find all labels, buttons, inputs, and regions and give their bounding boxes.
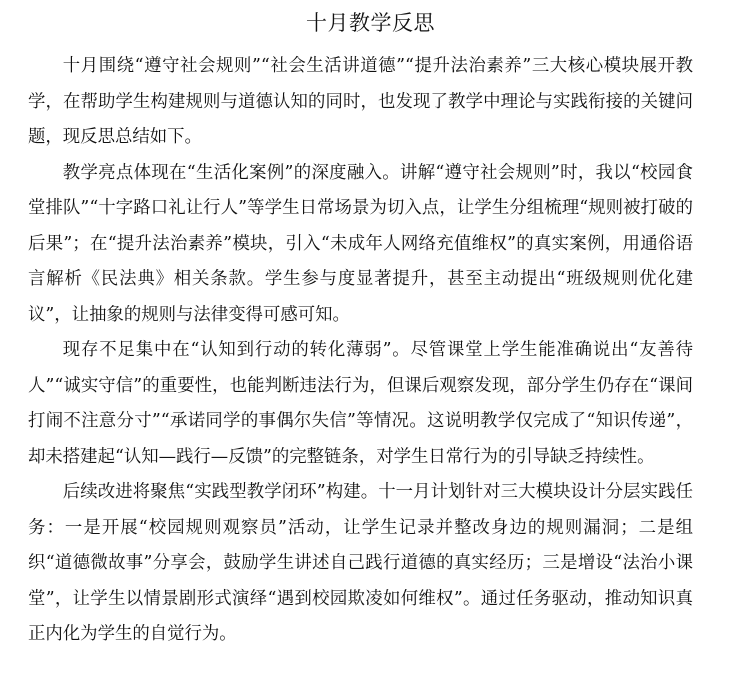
paragraph-shortcomings: 现存不足集中在“认知到行动的转化薄弱”。尽管课堂上学生能准确说出“友善待人”“诚… bbox=[28, 333, 693, 475]
document-page: 十月教学反思 十月围绕“遵守社会规则”“社会生活讲道德”“提升法治素养”三大核心… bbox=[0, 0, 743, 680]
paragraph-intro: 十月围绕“遵守社会规则”“社会生活讲道德”“提升法治素养”三大核心模块展开教学，… bbox=[28, 49, 693, 156]
document-title: 十月教学反思 bbox=[28, 0, 693, 35]
paragraph-highlights: 教学亮点体现在“生活化案例”的深度融入。讲解“遵守社会规则”时，我以“校园食堂排… bbox=[28, 156, 693, 334]
paragraph-improvements: 后续改进将聚焦“实践型教学闭环”构建。十一月计划针对三大模块设计分层实践任务：一… bbox=[28, 475, 693, 653]
